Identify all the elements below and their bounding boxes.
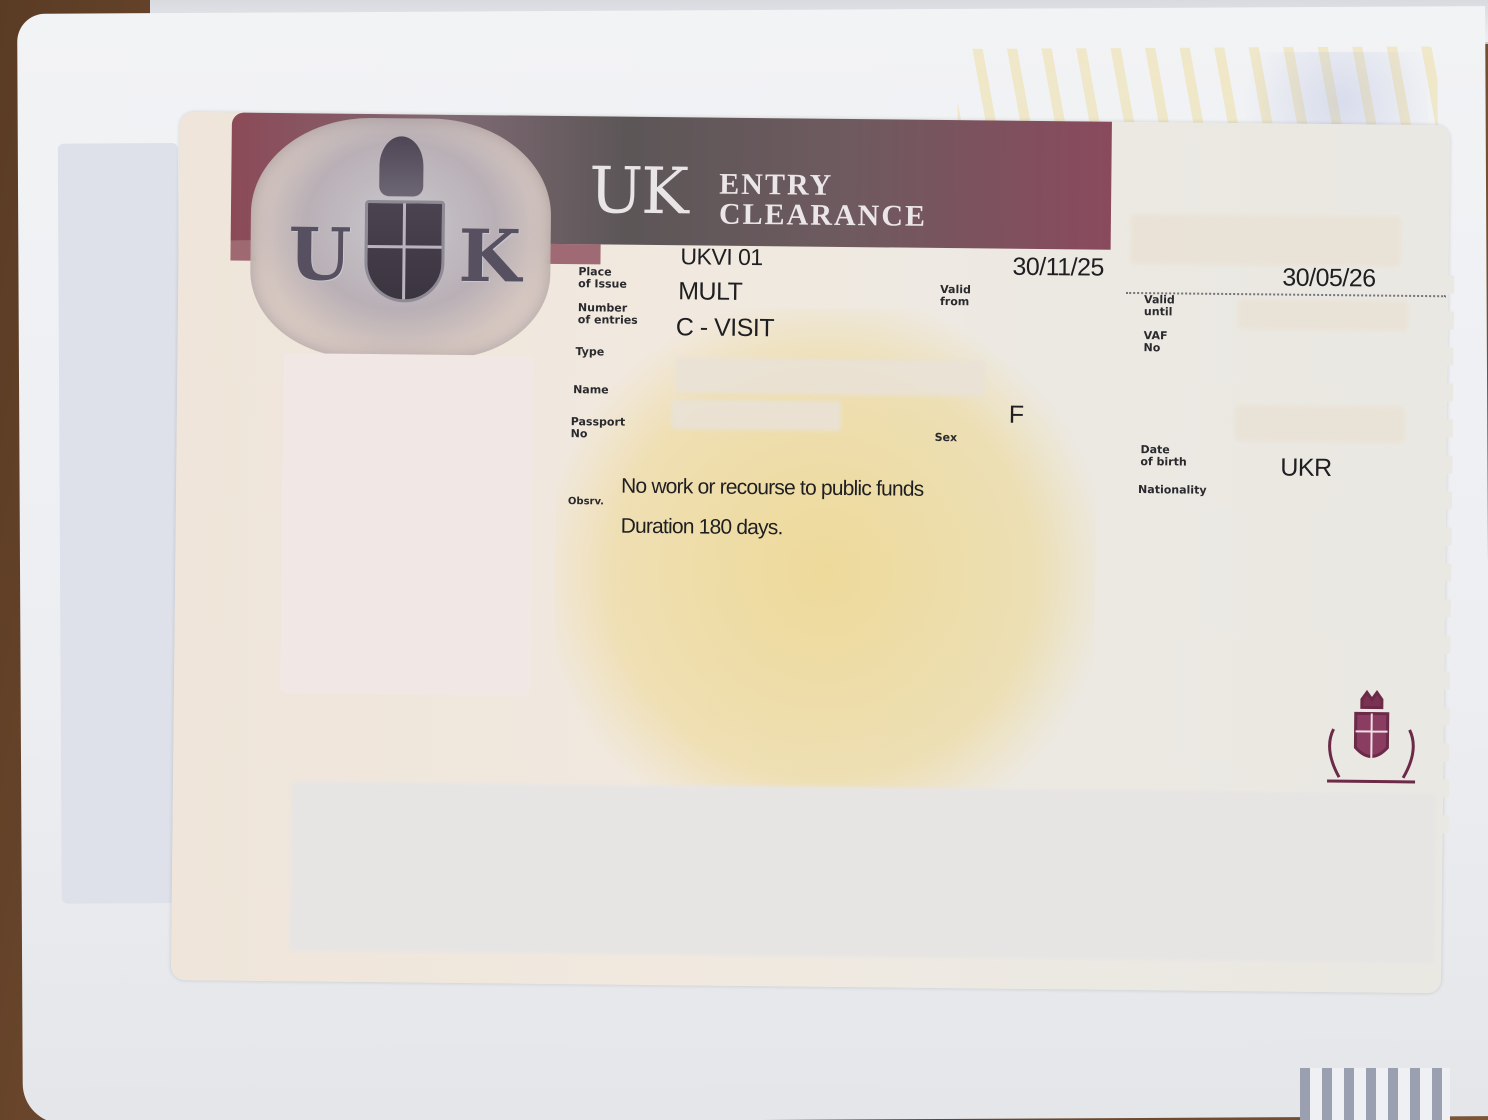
label-vaf-no: VAF No (1144, 330, 1168, 354)
label-sex: Sex (935, 432, 958, 444)
vignette-title: ENTRY CLEARANCE (719, 170, 928, 232)
label-type: Type (575, 346, 604, 358)
label-date-of-birth: Date of birth (1140, 444, 1187, 468)
label-observations: Obsrv. (568, 496, 604, 508)
observations-text: No work or recourse to public funds Dura… (620, 467, 923, 550)
redacted-passport-number (671, 399, 841, 431)
emblem-letter-k: K (458, 213, 521, 299)
holder-photo-redacted (280, 353, 534, 696)
royal-crest-icon (1313, 689, 1430, 790)
holographic-uk-emblem: U K (249, 117, 551, 360)
label-place-of-issue: Place of Issue (578, 266, 627, 291)
title-line-clearance: CLEARANCE (719, 200, 927, 232)
redacted-name (675, 357, 985, 396)
redacted-vignette-number (1130, 214, 1401, 267)
value-valid-until: 30/05/26 (1282, 264, 1376, 294)
value-nationality: UKR (1280, 454, 1332, 484)
page-left-margin-print (58, 143, 182, 904)
value-place-of-issue: UKVI 01 (680, 243, 762, 271)
visa-vignette: U K UK ENTRY CLEARANCE Place of Issue Nu… (171, 112, 1450, 993)
observation-line: Duration 180 days. (620, 507, 923, 550)
value-type: C - VISIT (676, 313, 775, 343)
redacted-date-of-birth (1235, 405, 1405, 443)
value-sex: F (1009, 401, 1024, 430)
value-valid-from: 30/11/25 (1012, 253, 1104, 283)
observation-line: No work or recourse to public funds (621, 467, 924, 510)
emblem-letter-u: U (288, 211, 352, 297)
label-nationality: Nationality (1138, 484, 1207, 497)
label-valid-until: Valid until (1144, 294, 1175, 318)
value-number-of-entries: MULT (678, 277, 743, 307)
label-passport-no: Passport No (571, 416, 626, 441)
uk-logo-mark: UK (589, 154, 688, 229)
redacted-machine-readable-zone (289, 781, 1436, 963)
label-valid-from: Valid from (940, 284, 971, 308)
label-name: Name (573, 384, 609, 396)
page-edge-markings (1300, 1068, 1450, 1120)
redacted-vaf-number (1238, 299, 1408, 331)
label-number-of-entries: Number of entries (578, 302, 638, 327)
shield-icon (364, 200, 445, 303)
crown-icon (379, 136, 424, 196)
